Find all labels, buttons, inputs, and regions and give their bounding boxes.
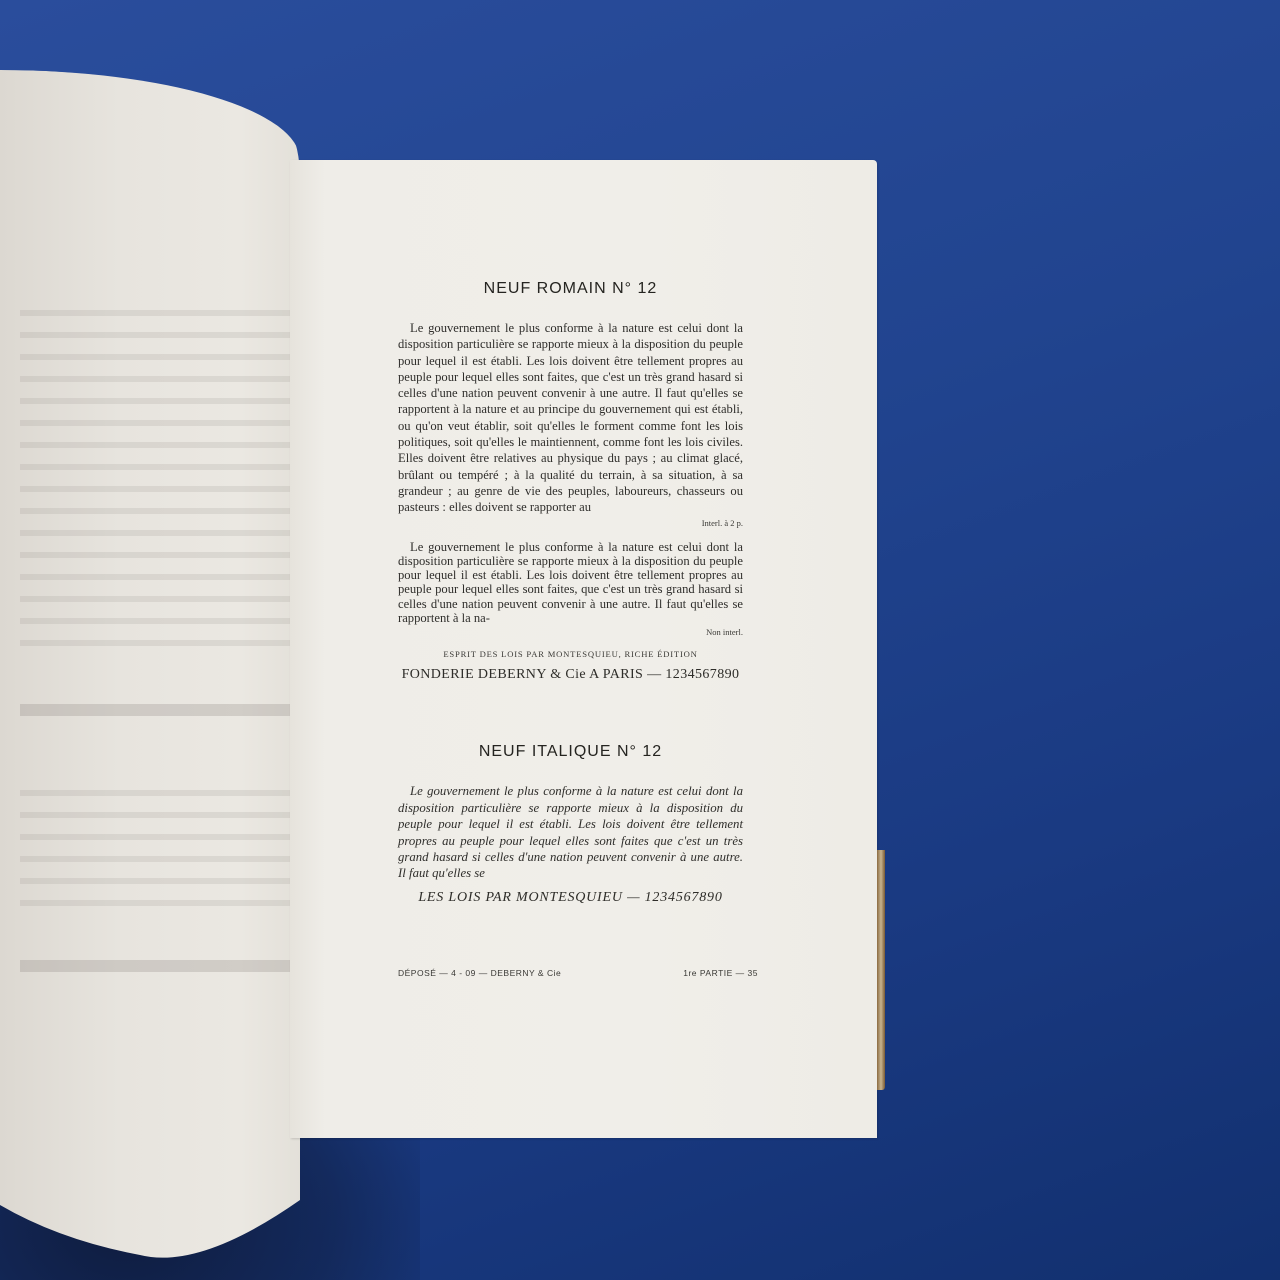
bleed-through-heading xyxy=(20,704,290,716)
footer-page-number: 1re PARTIE — 35 xyxy=(683,968,758,978)
bleed-through-line xyxy=(20,790,290,796)
italic-caption: LES LOIS PAR MONTESQUIEU — 1234567890 xyxy=(398,890,743,906)
bleed-through-line xyxy=(20,464,290,470)
bleed-through-line xyxy=(20,442,290,448)
bleed-through-line xyxy=(20,376,290,382)
bleed-through-line xyxy=(20,332,290,338)
roman-caption-large: FONDERIE DEBERNY & Cie A PARIS — 1234567… xyxy=(398,667,743,683)
bleed-through-line xyxy=(20,618,290,624)
roman-note-solid: Non interl. xyxy=(398,627,743,637)
left-page-curled xyxy=(0,70,300,1270)
bleed-through-line xyxy=(20,574,290,580)
book-page-edge xyxy=(877,850,885,1090)
bleed-through-line xyxy=(20,596,290,602)
bleed-through-heading xyxy=(20,960,290,972)
bleed-through-line xyxy=(20,310,290,316)
bleed-through-line xyxy=(20,398,290,404)
bleed-through-line xyxy=(20,900,290,906)
bleed-through-line xyxy=(20,420,290,426)
bleed-through-line xyxy=(20,834,290,840)
italic-paragraph: Le gouvernement le plus conforme à la na… xyxy=(398,783,743,881)
bleed-through-line xyxy=(20,508,290,514)
section-title-italic: NEUF ITALIQUE N° 12 xyxy=(398,743,743,761)
italic-section: NEUF ITALIQUE N° 12 Le gouvernement le p… xyxy=(398,743,743,905)
roman-paragraph-solid: Le gouvernement le plus conforme à la na… xyxy=(398,540,743,626)
specimen-content: NEUF ROMAIN N° 12 Le gouvernement le plu… xyxy=(398,280,743,906)
roman-note-interleaved: Interl. à 2 p. xyxy=(398,518,743,528)
page-footer: DÉPOSÉ — 4 - 09 — DEBERNY & Cie 1re PART… xyxy=(398,968,758,978)
bleed-through-line xyxy=(20,354,290,360)
bleed-through-line xyxy=(20,812,290,818)
bleed-through-line xyxy=(20,552,290,558)
bleed-through-line xyxy=(20,486,290,492)
bleed-through-line xyxy=(20,856,290,862)
section-title-roman: NEUF ROMAIN N° 12 xyxy=(398,280,743,298)
roman-paragraph-interleaved: Le gouvernement le plus conforme à la na… xyxy=(398,320,743,516)
roman-caption-small: ESPRIT DES LOIS PAR MONTESQUIEU, RICHE É… xyxy=(398,649,743,659)
bleed-through-line xyxy=(20,878,290,884)
footer-left: DÉPOSÉ — 4 - 09 — DEBERNY & Cie xyxy=(398,968,561,978)
bleed-through-line xyxy=(20,640,290,646)
bleed-through-line xyxy=(20,530,290,536)
